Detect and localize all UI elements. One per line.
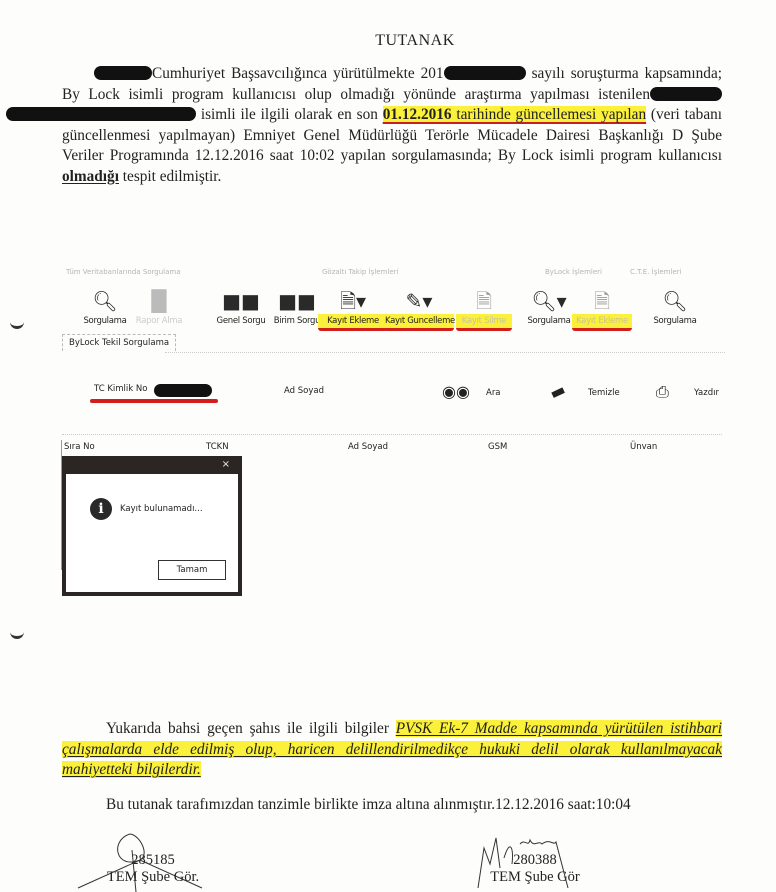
- tab-bylock-tekil-sorgulama[interactable]: ByLock Tekil Sorgulama: [62, 334, 176, 351]
- ad-soyad-label: Ad Soyad: [284, 386, 324, 396]
- text-segment: Yukarıda bahsi geçen şahıs ile ilgili bi…: [106, 720, 396, 737]
- bold-result-word: olmadığı: [62, 168, 119, 185]
- dialog-body: i Kayıt bulunamadı... Tamam: [66, 474, 238, 592]
- clear-button[interactable]: Temizle: [588, 388, 620, 398]
- info-icon: i: [90, 498, 112, 520]
- paragraph-intro: Cumhuriyet Başsavcılığınca yürütülmekte …: [62, 64, 722, 188]
- edit-record-icon: ✎▾: [384, 288, 454, 314]
- printer-icon: ⎙: [656, 382, 669, 402]
- button-label: Kayıt Ekleme: [572, 314, 632, 331]
- toolbar-button-kayit-ekleme[interactable]: 🗎︎▾ Kayıt Ekleme: [318, 288, 388, 331]
- button-label: Kayıt Silme: [456, 314, 512, 331]
- text-segment: isimli ile ilgili olarak en son: [196, 106, 383, 123]
- signature-scribble: [70, 830, 210, 892]
- delete-record-icon: 🗎︎: [456, 288, 512, 314]
- add-record-icon: 🗎︎: [572, 288, 632, 314]
- group-label: Tüm Veritabanlarında Sorgulama: [66, 268, 181, 276]
- column-header-ad-soyad[interactable]: Ad Soyad: [348, 442, 388, 452]
- tc-kimlik-input[interactable]: [154, 384, 212, 397]
- toolbar-button-bylock-kayit[interactable]: 🗎︎ Kayıt Ekleme: [572, 288, 632, 331]
- punch-mark: [10, 628, 24, 639]
- column-header-sira-no[interactable]: Sıra No: [64, 442, 95, 452]
- toolbar-button-rapor[interactable]: ▐▌ Rapor Alma: [124, 288, 194, 328]
- highlighted-rest: tarihinde güncellemesi yapılan: [452, 106, 647, 123]
- highlighted-date: 01.12.2016: [383, 106, 452, 123]
- add-record-icon: 🗎︎▾: [318, 288, 388, 314]
- button-label: Rapor Alma: [124, 314, 194, 328]
- divider: [62, 434, 722, 435]
- group-label: C.T.E. İşlemleri: [630, 268, 682, 276]
- close-icon[interactable]: ×: [222, 459, 230, 470]
- eraser-icon: ▬: [547, 380, 569, 404]
- button-label: Kayıt Guncelleme: [384, 314, 454, 331]
- group-label: ByLock İşlemleri: [545, 268, 602, 276]
- highlighted-date-phrase: 01.12.2016 tarihinde güncellemesi yapıla…: [383, 106, 646, 123]
- text-segment: Cumhuriyet Başsavcılığınca yürütülmekte …: [152, 65, 444, 82]
- paragraph-disclaimer: Yukarıda bahsi geçen şahıs ile ilgili bi…: [62, 719, 722, 781]
- search-button[interactable]: Ara: [486, 388, 501, 398]
- signature-scribble: [470, 828, 590, 892]
- redaction: [6, 107, 196, 121]
- group-label: Gözaltı Takip İşlemleri: [322, 268, 398, 276]
- button-label: Kayıt Ekleme: [318, 314, 388, 331]
- ok-button[interactable]: Tamam: [158, 560, 226, 580]
- divider: [165, 352, 725, 353]
- toolbar-button-kayit-guncelleme[interactable]: ✎▾ Kayıt Guncelleme: [384, 288, 454, 331]
- column-header-unvan[interactable]: Ünvan: [630, 442, 657, 452]
- column-header-gsm[interactable]: GSM: [488, 442, 507, 452]
- redaction: [444, 66, 526, 80]
- button-label: Sorgulama: [640, 314, 710, 328]
- message-dialog: × i Kayıt bulunamadı... Tamam: [62, 456, 242, 596]
- tc-kimlik-label: TC Kimlik No: [94, 384, 147, 394]
- toolbar-button-cte-sorgulama[interactable]: 🔍︎ Sorgulama: [640, 288, 710, 328]
- dialog-message: Kayıt bulunamadı...: [120, 504, 203, 514]
- column-header-tckn[interactable]: TCKN: [206, 442, 229, 452]
- punch-mark: [10, 318, 24, 329]
- toolbar-button-kayit-silme[interactable]: 🗎︎ Kayıt Silme: [456, 288, 512, 331]
- binoculars-icon: ◉◉: [442, 382, 470, 401]
- magnifier-icon: 🔍︎: [640, 288, 710, 314]
- print-button[interactable]: Yazdır: [694, 388, 719, 398]
- redaction: [650, 87, 722, 101]
- redaction: [94, 66, 152, 80]
- annotation-underline: [90, 399, 218, 403]
- document-title: TUTANAK: [0, 32, 776, 50]
- paragraph-closing: Bu tutanak tarafımızdan tanzimle birlikt…: [106, 795, 766, 816]
- text-segment: tespit edilmiştir.: [119, 168, 221, 185]
- chart-icon: ▐▌: [124, 288, 194, 314]
